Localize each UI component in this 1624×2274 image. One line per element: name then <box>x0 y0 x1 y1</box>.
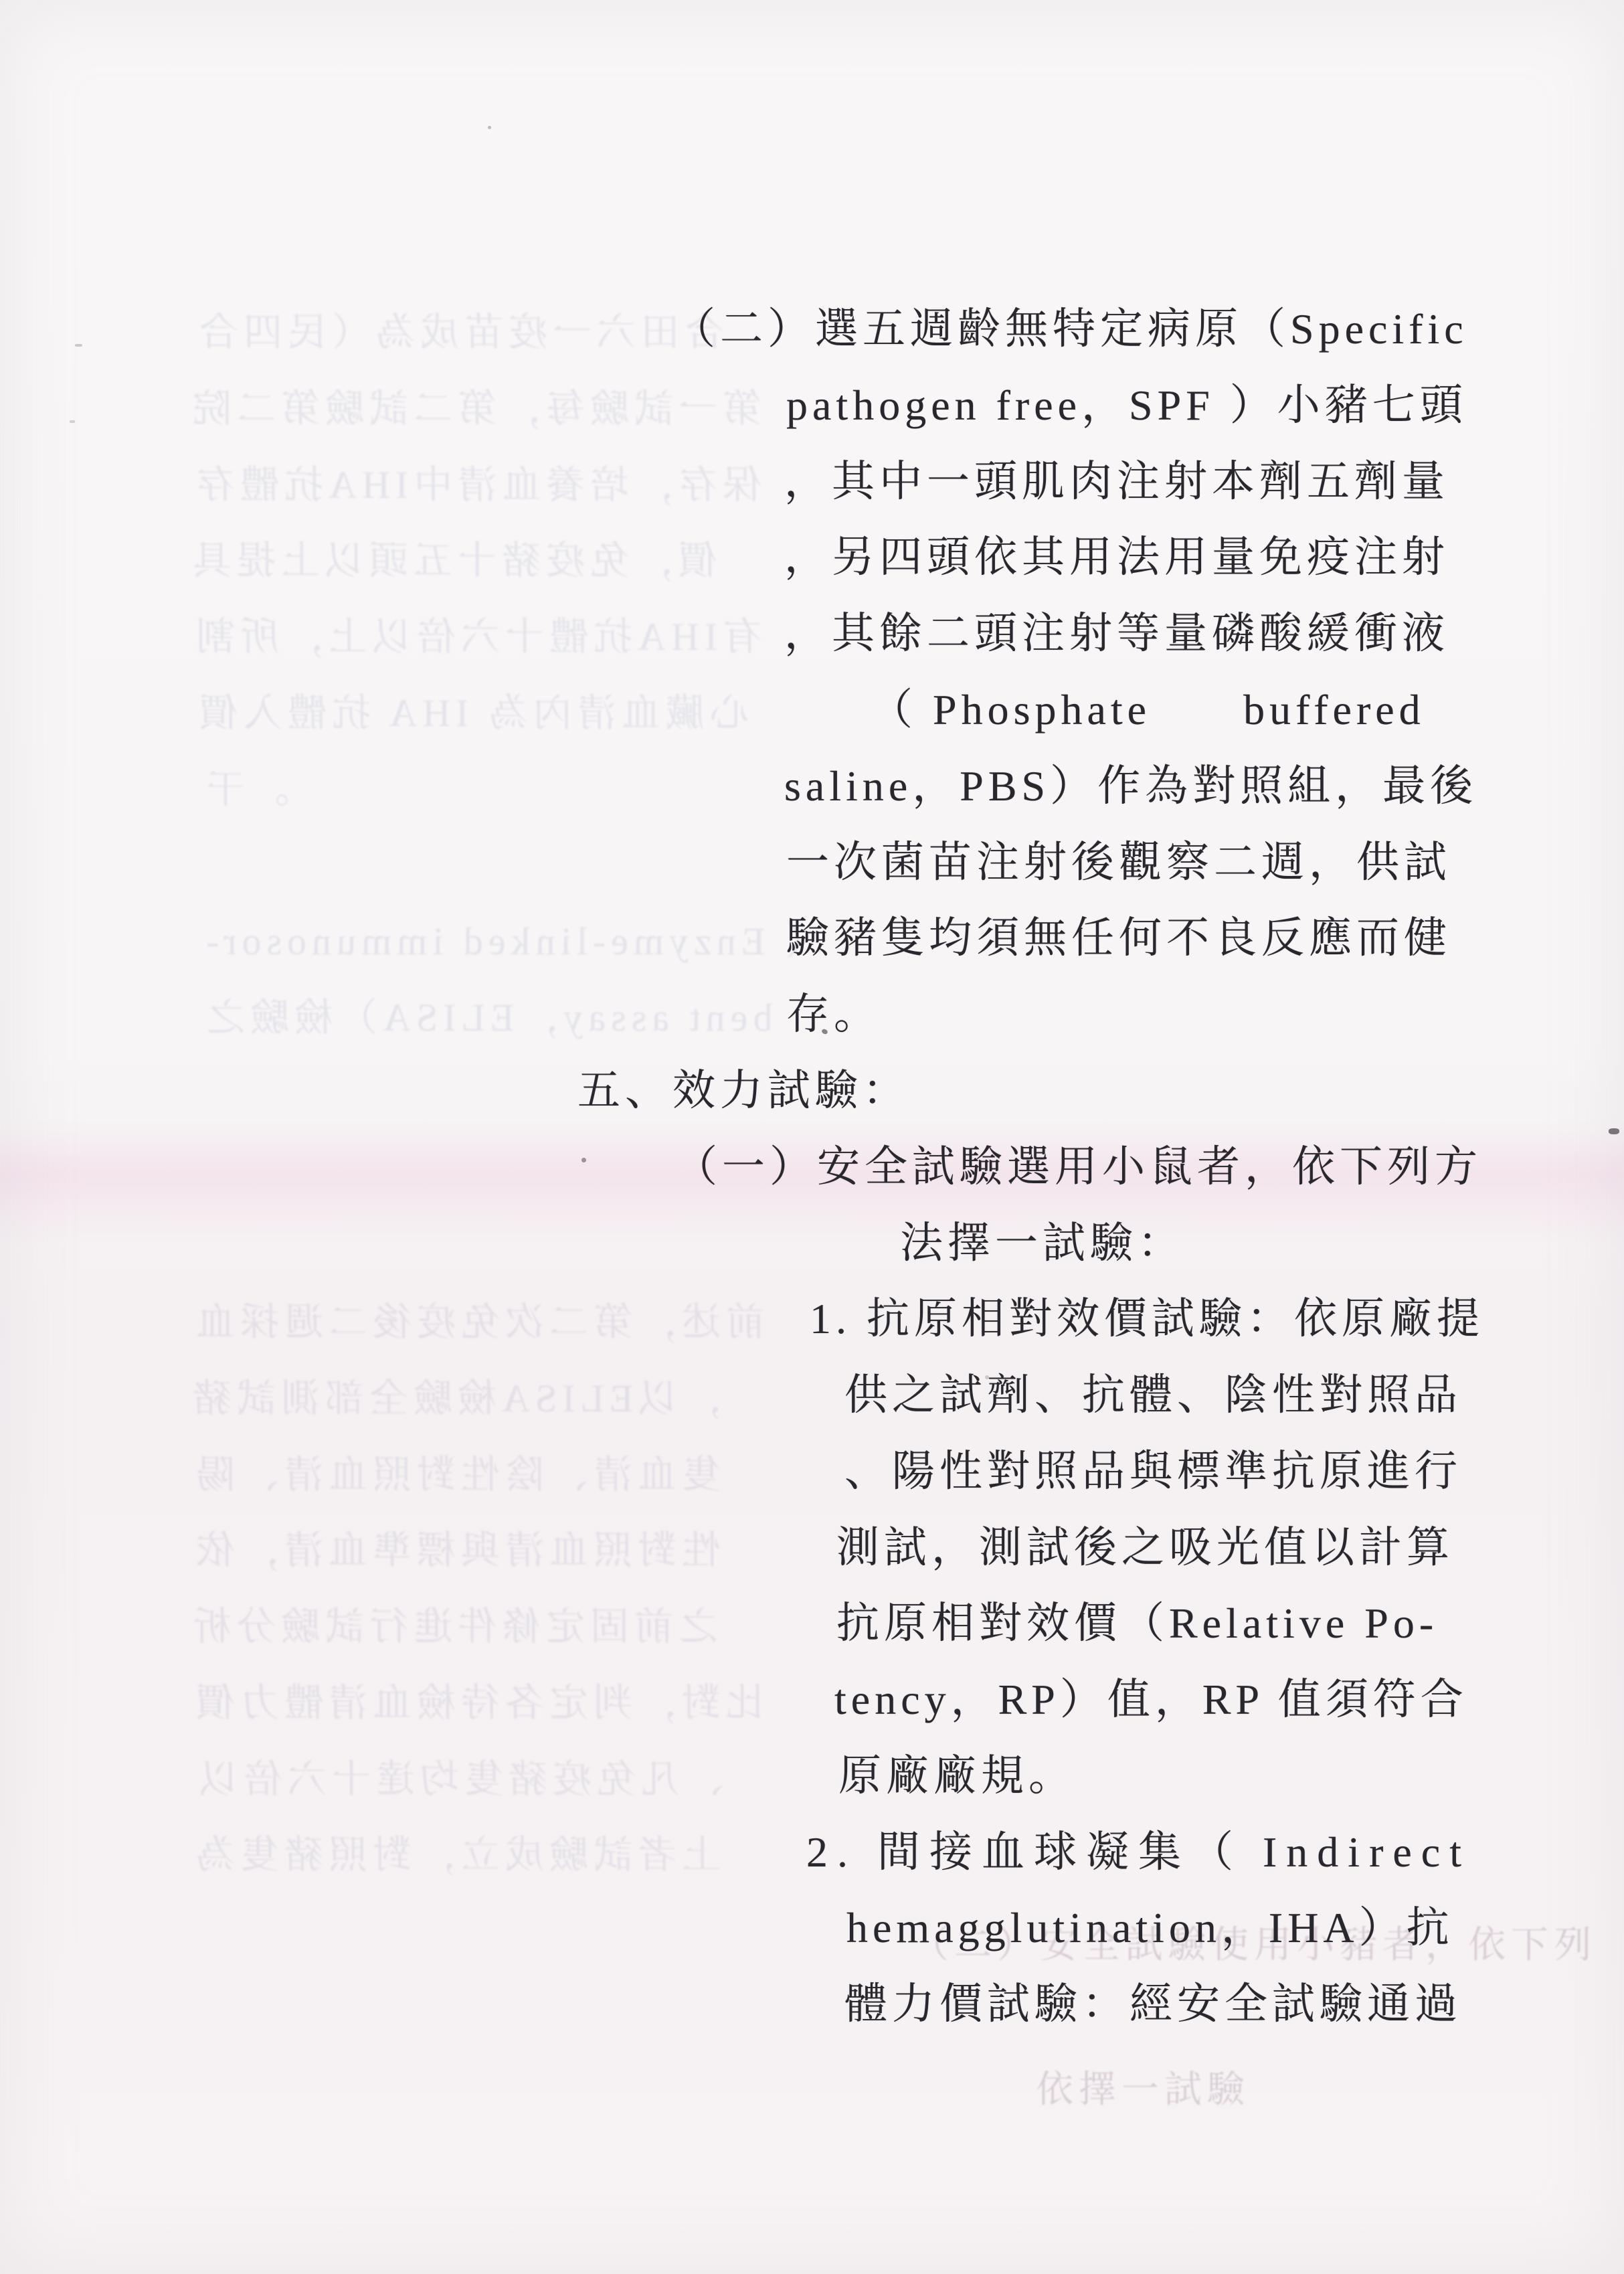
doc-list-item: 1. 抗原相對效價試驗：依原廠提 <box>810 1294 1484 1344</box>
bleedthrough-line: 依擇一試驗 <box>1036 2067 1250 2113</box>
bleedthrough-line: bent assay，ELISA）檢驗之 <box>201 994 772 1041</box>
doc-line: （ Phosphate buffered <box>870 685 1425 735</box>
bleedthrough-line: 心臟血清內為 IHA 抗體入價 <box>194 690 749 737</box>
doc-line: pathogen free，SPF ）小豬七頭 <box>786 381 1467 430</box>
doc-line: saline，PBS）作為對照組，最後 <box>784 762 1477 811</box>
bleedthrough-line: 前述，第二次免疫後二週採血 <box>191 1299 765 1346</box>
bleedthrough-line: （ Enzyme-linked immunosor- <box>201 918 824 965</box>
scan-speck <box>488 126 491 129</box>
doc-line: ，其餘二頭注射等量磷酸緩衝液 <box>784 609 1449 659</box>
bleedthrough-line: 隻血清、陰性對照血清、陽 <box>191 1452 721 1498</box>
doc-line: 測試，測試後之吸光值以計算 <box>836 1523 1454 1573</box>
doc-line: 存。 <box>786 990 881 1039</box>
doc-line: （二）選五週齡無特定病原（Specific <box>672 304 1468 354</box>
scan-speck <box>70 420 75 423</box>
bleedthrough-line: ，以ELISA檢驗全部測試豬 <box>187 1375 721 1422</box>
bleedthrough-line: 性對照血清與標準血清，依 <box>191 1527 721 1574</box>
bleedthrough-line: 價，免疫豬十五頭以上提具 <box>187 537 717 584</box>
doc-line: 體力價試驗：經安全試驗通過 <box>844 1980 1462 2029</box>
doc-line: 原廠廠規。 <box>838 1751 1076 1801</box>
doc-line: 抗原相對效價（Relative Po- <box>836 1599 1438 1648</box>
bleedthrough-line: 第一試驗每，第二試驗第二院 <box>187 385 761 432</box>
doc-list-item: 2. 間接血球凝集（ Indirect <box>806 1828 1471 1877</box>
bleedthrough-line: 保存，培養血清中IHA抗體存 <box>191 462 761 509</box>
bleedthrough-line: 有IHA抗體十六倍以上，所割 <box>191 614 761 661</box>
doc-line: tency，RP）值，RP 值須符合 <box>834 1675 1468 1725</box>
doc-line: 法擇一試驗： <box>900 1219 1185 1268</box>
bleedthrough-line: 之前固定條件進行試驗分析 <box>187 1603 717 1650</box>
doc-line: 一次菌苗注射後觀察二週，供試 <box>786 838 1451 887</box>
doc-line: hemagglutination，IHA）抗 <box>846 1903 1454 1953</box>
scan-speck <box>581 1158 586 1162</box>
bleedthrough-line: 、凡免疫豬隻均達十六倍以 <box>194 1756 724 1803</box>
scanned-page: 合田六一疫苗成為（民四合 第一試驗每，第二試驗第二院 保存，培養血清中IHA抗體… <box>0 0 1624 2274</box>
doc-line: 、陽性對照品與標準抗原進行 <box>844 1447 1462 1496</box>
bleedthrough-line: 上者試驗成立，對照豬隻為 <box>191 1832 721 1878</box>
bleedthrough-line: 合田六一疫苗成為（民四合 <box>194 309 724 356</box>
doc-section-heading: 五、效力試驗： <box>577 1066 910 1116</box>
doc-line: （一）安全試驗選用小鼠者，依下列方 <box>674 1142 1482 1192</box>
doc-line: 供之試劑、抗體、陰性對照品 <box>844 1371 1462 1420</box>
doc-line: 驗豬隻均須無任何不良反應而健 <box>786 913 1451 963</box>
bleedthrough-line: 。干 <box>201 766 289 813</box>
scan-speck <box>75 344 82 347</box>
scan-speck <box>1609 1128 1619 1134</box>
doc-line: ，其中一頭肌肉注射本劑五劑量 <box>784 457 1449 507</box>
bleedthrough-line: 比對，判定各待檢血清體力價 <box>191 1680 765 1727</box>
doc-line: ，另四頭依其用法用量免疫注射 <box>784 533 1449 582</box>
